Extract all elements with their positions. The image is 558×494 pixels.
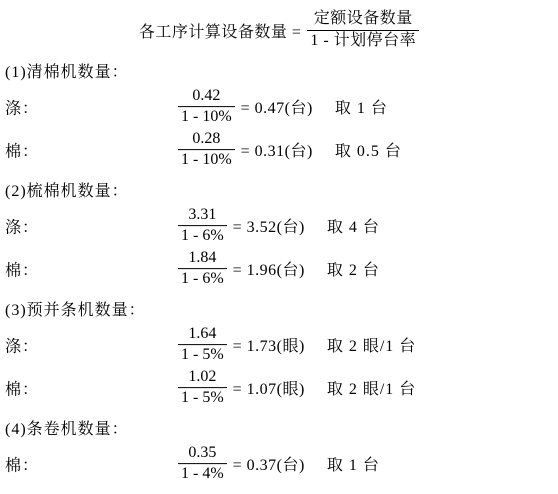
fraction-denominator: 1 - 10% <box>178 107 235 127</box>
equation-result: = 0.37(台) <box>233 453 305 476</box>
fraction-denominator: 1 - 4% <box>178 464 227 484</box>
formula-row: 棉： 1.02 1 - 5% = 1.07(眼) 取 2 眼/1 台 <box>0 367 558 409</box>
fraction-denominator: 1 - 计划停台率 <box>307 30 419 50</box>
fraction: 3.31 1 - 6% <box>178 206 227 246</box>
material-label: 棉： <box>5 453 39 476</box>
equation: 0.28 1 - 10% = 0.31(台) 取 0.5 台 <box>178 130 402 170</box>
fraction: 0.28 1 - 10% <box>178 130 235 170</box>
equation: 1.64 1 - 5% = 1.73(眼) 取 2 眼/1 台 <box>178 325 416 365</box>
formula-row: 涤： 0.42 1 - 10% = 0.47(台) 取 1 台 <box>0 86 558 128</box>
master-formula-lhs: 各工序计算设备数量 = <box>139 19 302 42</box>
section-heading-1: (1)清棉机数量： <box>5 62 558 84</box>
rounded-take-value: 取 0.5 台 <box>335 139 402 162</box>
formula-row: 棉： 1.84 1 - 6% = 1.96(台) 取 2 台 <box>0 248 558 290</box>
equation-result: = 1.07(眼) <box>233 377 305 400</box>
formula-row: 棉： 0.28 1 - 10% = 0.31(台) 取 0.5 台 <box>0 129 558 171</box>
rounded-take-value: 取 2 台 <box>327 258 380 281</box>
equation-result: = 1.73(眼) <box>233 334 305 357</box>
material-label: 棉： <box>5 377 39 400</box>
section-heading-2: (2)梳棉机数量： <box>5 181 558 203</box>
material-label: 棉： <box>5 139 39 162</box>
equation: 1.84 1 - 6% = 1.96(台) 取 2 台 <box>178 249 380 289</box>
fraction-denominator: 1 - 10% <box>178 150 235 170</box>
material-label: 涤： <box>5 96 39 119</box>
fraction: 0.42 1 - 10% <box>178 87 235 127</box>
rounded-take-value: 取 4 台 <box>327 215 380 238</box>
rounded-take-value: 取 2 眼/1 台 <box>327 334 416 357</box>
fraction-numerator: 1.84 <box>178 249 227 268</box>
rounded-take-value: 取 2 眼/1 台 <box>327 377 416 400</box>
fraction-denominator: 1 - 5% <box>178 388 227 408</box>
equation: 3.31 1 - 6% = 3.52(台) 取 4 台 <box>178 206 380 246</box>
equation-result: = 0.47(台) <box>241 96 313 119</box>
formula-row: 棉： 0.35 1 - 4% = 0.37(台) 取 1 台 <box>0 443 558 485</box>
master-formula: 各工序计算设备数量 = 定额设备数量 1 - 计划停台率 <box>0 0 558 52</box>
material-label: 涤： <box>5 215 39 238</box>
rounded-take-value: 取 1 台 <box>327 453 380 476</box>
section-heading-3: (3)预并条机数量： <box>5 300 558 322</box>
formula-row: 涤： 1.64 1 - 5% = 1.73(眼) 取 2 眼/1 台 <box>0 324 558 366</box>
fraction-denominator: 1 - 6% <box>178 226 227 246</box>
fraction-numerator: 0.28 <box>178 130 235 149</box>
fraction-numerator: 1.64 <box>178 325 227 344</box>
rounded-take-value: 取 1 台 <box>335 96 388 119</box>
master-formula-fraction: 定额设备数量 1 - 计划停台率 <box>307 10 419 50</box>
fraction-numerator: 1.02 <box>178 368 227 387</box>
fraction-numerator: 0.42 <box>178 87 235 106</box>
fraction-numerator: 定额设备数量 <box>307 10 419 29</box>
section-heading-4: (4)条卷机数量： <box>5 419 558 441</box>
equation: 1.02 1 - 5% = 1.07(眼) 取 2 眼/1 台 <box>178 368 416 408</box>
fraction-numerator: 0.35 <box>178 444 227 463</box>
fraction-denominator: 1 - 5% <box>178 345 227 365</box>
material-label: 棉： <box>5 258 39 281</box>
fraction-denominator: 1 - 6% <box>178 269 227 289</box>
equation-result: = 3.52(台) <box>233 215 305 238</box>
equation-result: = 1.96(台) <box>233 258 305 281</box>
fraction-numerator: 3.31 <box>178 206 227 225</box>
equation: 0.42 1 - 10% = 0.47(台) 取 1 台 <box>178 87 388 127</box>
material-label: 涤： <box>5 334 39 357</box>
equation-result: = 0.31(台) <box>241 139 313 162</box>
formula-row: 涤： 3.31 1 - 6% = 3.52(台) 取 4 台 <box>0 205 558 247</box>
equation: 0.35 1 - 4% = 0.37(台) 取 1 台 <box>178 444 380 484</box>
fraction: 0.35 1 - 4% <box>178 444 227 484</box>
document-page: 各工序计算设备数量 = 定额设备数量 1 - 计划停台率 (1)清棉机数量： 涤… <box>0 0 558 494</box>
fraction: 1.64 1 - 5% <box>178 325 227 365</box>
fraction: 1.02 1 - 5% <box>178 368 227 408</box>
fraction: 1.84 1 - 6% <box>178 249 227 289</box>
